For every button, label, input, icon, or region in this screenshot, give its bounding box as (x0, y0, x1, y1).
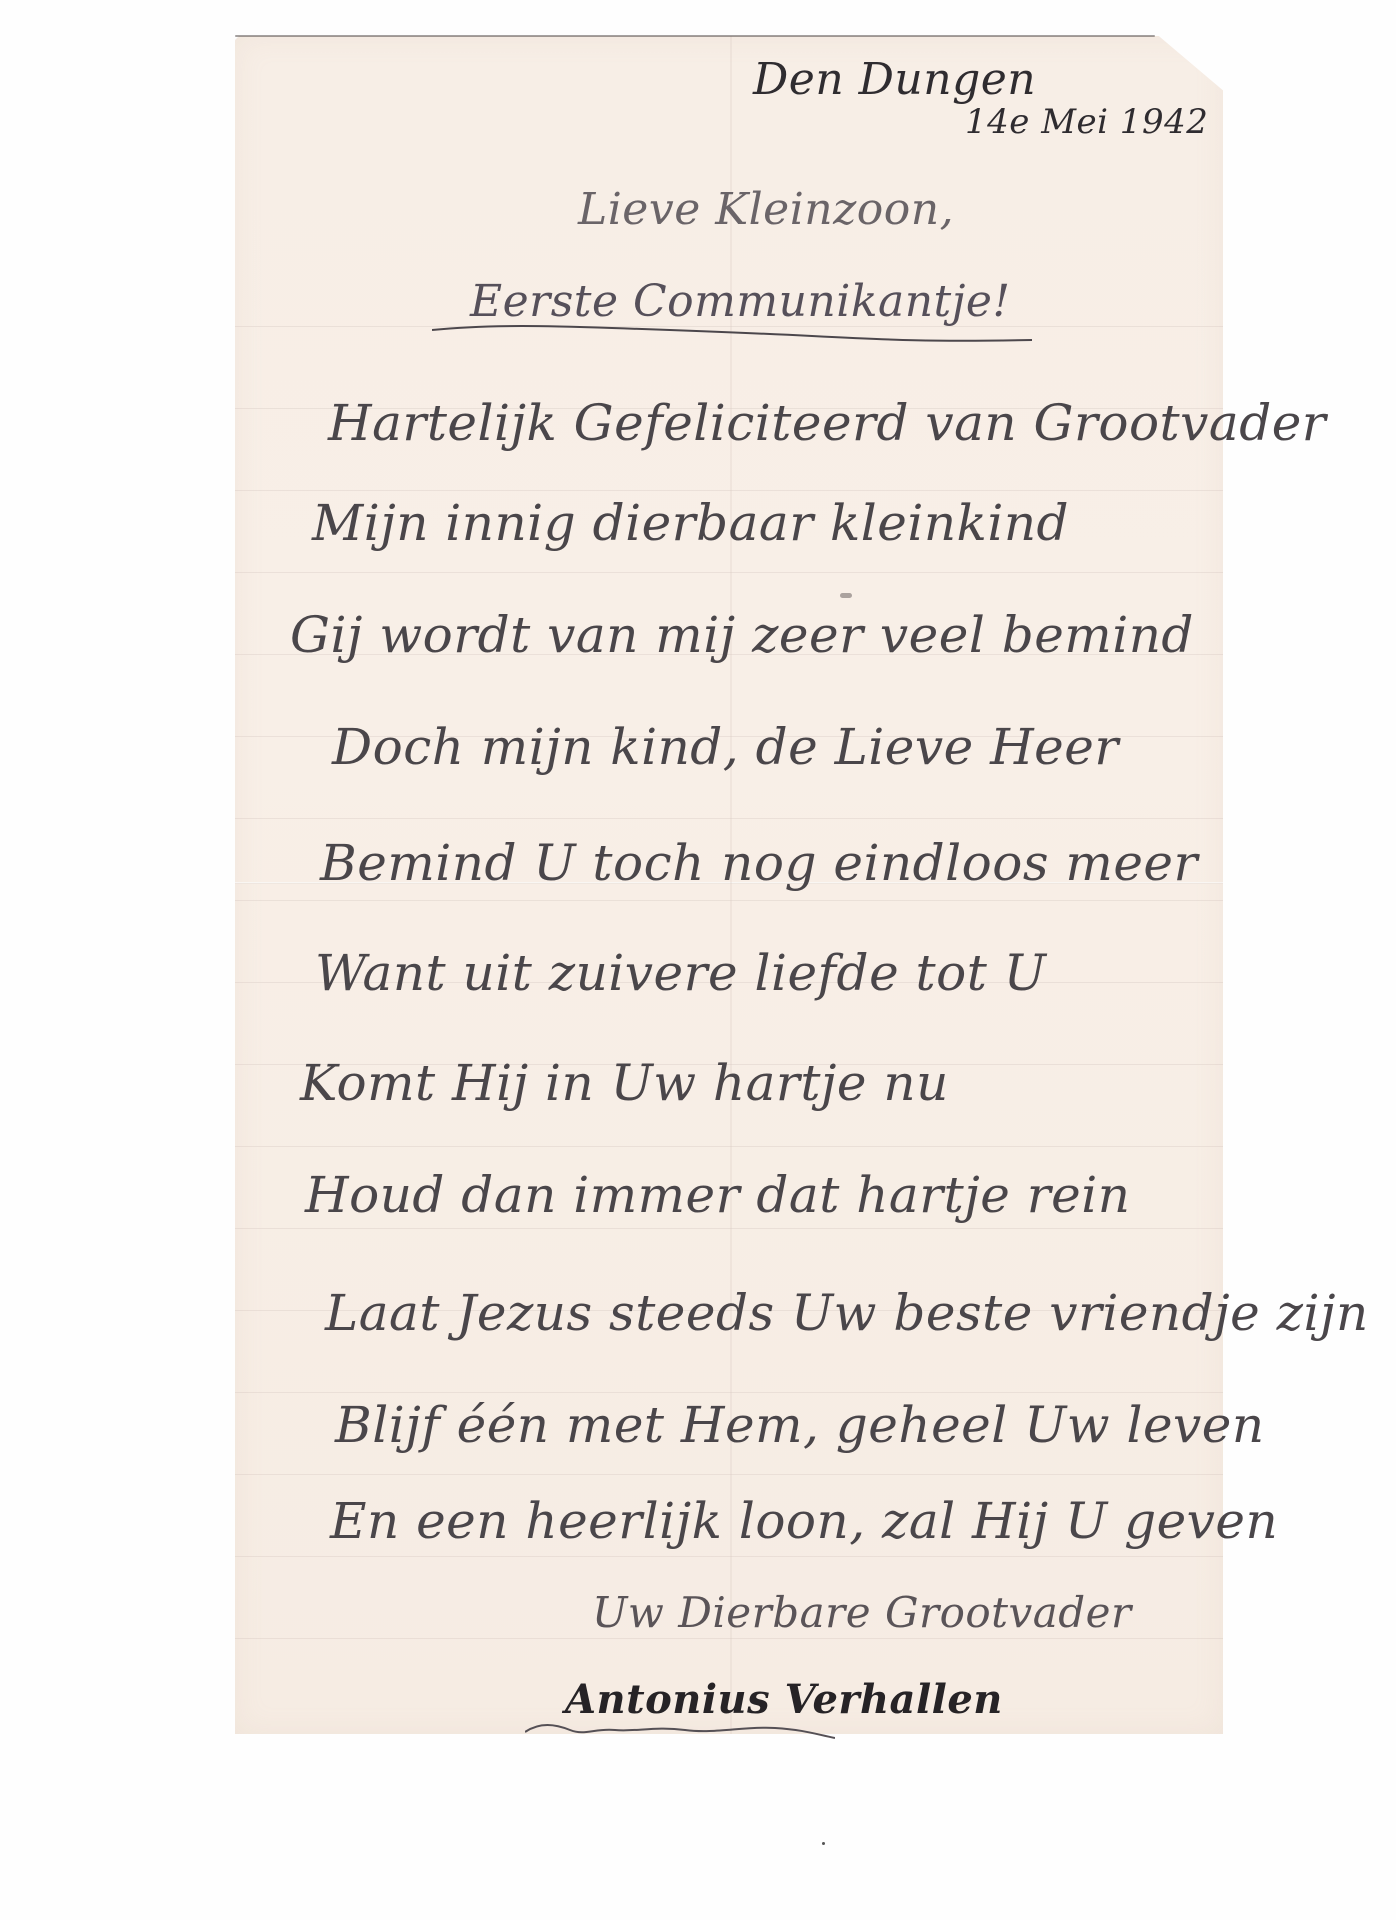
signature: Antonius Verhallen (565, 1680, 1003, 1720)
letter-place: Den Dungen (753, 58, 1036, 102)
poem-line: Mijn innig dierbaar kleinkind (312, 498, 1069, 548)
ruled-line (235, 1638, 1223, 1639)
scan-speck (822, 1842, 825, 1845)
ruled-line (235, 818, 1223, 819)
ruled-line (235, 572, 1223, 573)
ruled-line (235, 490, 1223, 491)
poem-line: En een heerlijk loon, zal Hij U geven (330, 1496, 1278, 1546)
poem-line: Hartelijk Gefeliciteerd van Grootvader (328, 398, 1326, 448)
closing: Uw Dierbare Grootvader (592, 1592, 1132, 1634)
paper-top-edge (235, 35, 1155, 37)
ruled-line (235, 1392, 1223, 1393)
ruled-line (235, 1474, 1223, 1475)
ruled-line (235, 1228, 1223, 1229)
poem-line: Gij wordt van mij zeer veel bemind (290, 610, 1194, 660)
letter-date: 14e Mei 1942 (965, 105, 1208, 139)
signature-underline (525, 1718, 835, 1742)
ruled-line (235, 1556, 1223, 1557)
poem-line: Want uit zuivere liefde tot U (315, 948, 1046, 998)
ruled-line (235, 1146, 1223, 1147)
poem-line: Doch mijn kind, de Lieve Heer (332, 722, 1119, 772)
subtitle-underline (432, 318, 1032, 348)
poem-line: Blijf één met Hem, geheel Uw leven (335, 1400, 1265, 1450)
poem-line: Laat Jezus steeds Uw beste vriendje zijn (325, 1288, 1369, 1338)
ruled-line (235, 900, 1223, 901)
salutation: Lieve Kleinzoon, (578, 188, 954, 232)
ink-smudge (840, 593, 852, 598)
poem-line: Bemind U toch nog eindloos meer (320, 838, 1198, 888)
poem-line: Houd dan immer dat hartje rein (305, 1170, 1130, 1220)
poem-line: Komt Hij in Uw hartje nu (300, 1058, 949, 1108)
